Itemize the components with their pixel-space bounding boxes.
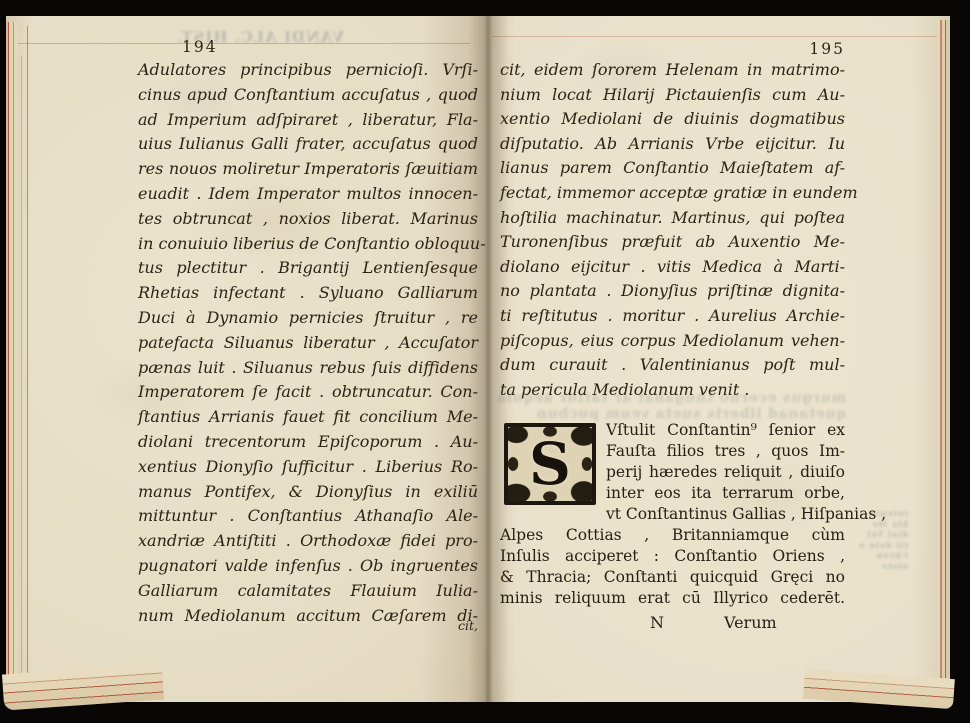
text-line: Duci à Dynamio pernicies ſtruitur , re bbox=[138, 306, 478, 331]
text-line: diolano eijcitur . vitis Medica à Marti- bbox=[500, 255, 845, 280]
text-line: ad Imperium adſpiraret , liberatur, Fla- bbox=[138, 108, 478, 133]
fore-edge-stack-right bbox=[937, 20, 950, 678]
text-line: diolani trecentorum Epiſcoporum . Au- bbox=[138, 430, 478, 455]
text-line: pænas luit . Siluanus rebus ſuis diffide… bbox=[138, 356, 478, 381]
red-ruling-line bbox=[27, 26, 28, 696]
red-ruling-line bbox=[492, 36, 942, 37]
text-line: cinus apud Conſtantium accuſatus , quod bbox=[138, 83, 478, 108]
signature-mark: N bbox=[650, 613, 664, 632]
text-line: Galliarum calamitates Flauium Iulia- bbox=[138, 579, 478, 604]
text-line: nium locat Hilarij Pictauienſis cum Au- bbox=[500, 83, 845, 108]
text-line: dum curauit . Valentinianus poſt mul- bbox=[500, 353, 845, 378]
text-line: xentio Mediolani de diuinis dogmatibus bbox=[500, 107, 845, 132]
text-line: & Thracia; Conſtanti quicquid Gręci no bbox=[500, 567, 845, 588]
page-edge-stack-left bbox=[6, 22, 18, 694]
right-page-footer: N Verum bbox=[500, 613, 845, 632]
text-line: diſputatio. Ab Arrianis Vrbe eijcitur. I… bbox=[500, 132, 845, 157]
red-ruling-line bbox=[18, 43, 470, 44]
text-line: Imperatorem ſe facit . obtruncatur. Con- bbox=[138, 380, 478, 405]
catchword-left: cit, bbox=[138, 618, 478, 633]
text-line: ta pericula Mediolanum venit . bbox=[500, 378, 845, 403]
right-page-paragraph-2: S Vſtulit Conſtantin⁹ ſenior exFauſta fi… bbox=[500, 420, 845, 609]
book-spread: VANDI ALC. HIST. VANDI ALC. HIST. 194 Ad… bbox=[6, 16, 950, 702]
text-line: xandriæ Antiſtiti . Orthodoxæ fidei pro- bbox=[138, 529, 478, 554]
text-line: vt Conſtantinus Gallias , Hiſpanias , bbox=[500, 504, 845, 525]
text-line: piſcopus, eius corpus Mediolanum vehen- bbox=[500, 329, 845, 354]
text-line: Inſulis acciperet : Conſtantio Oriens , bbox=[500, 546, 845, 567]
page-number-right: 195 bbox=[500, 40, 845, 58]
initial-letter: S bbox=[508, 427, 592, 501]
text-line: Adulatores principibus pernicioſi. Vrſi- bbox=[138, 58, 478, 83]
text-line: tes obtruncat , noxios liberat. Marinus bbox=[138, 207, 478, 232]
text-line: res nouos moliretur Imperatoris ſæuitiam bbox=[138, 157, 478, 182]
text-line: xentius Dionyſio ſufficitur . Liberius R… bbox=[138, 455, 478, 480]
woodcut-initial-S: S bbox=[504, 423, 596, 505]
text-line: ti reſtitutus . moritur . Aurelius Archi… bbox=[500, 304, 845, 329]
text-line: cit, eidem ſororem Helenam in matrimo- bbox=[500, 58, 845, 83]
right-page-text: cit, eidem ſororem Helenam in matrimo-ni… bbox=[500, 58, 845, 402]
text-line: tus plectitur . Brigantij Lentienſesque bbox=[138, 256, 478, 281]
text-line: Turonenſibus præfuit ab Auxentio Me- bbox=[500, 230, 845, 255]
text-line: ſtantius Arrianis fauet fit concilium Me… bbox=[138, 405, 478, 430]
text-line: Alpes Cottias , Britanniamque cùm bbox=[500, 525, 845, 546]
text-line: manus Pontifex, & Dionyſius in exiliū bbox=[138, 480, 478, 505]
text-line: fectat, immemor acceptæ gratiæ in eundem bbox=[500, 181, 845, 206]
text-line: uius Iulianus Galli frater, accuſatus qu… bbox=[138, 132, 478, 157]
text-line: Rhetias infectant . Syluano Galliarum bbox=[138, 281, 478, 306]
text-line: patefacta Siluanus liberatur , Accuſator bbox=[138, 331, 478, 356]
catchword-right: Verum bbox=[724, 613, 777, 632]
text-line: mittuntur . Conſtantius Athanaſio Ale- bbox=[138, 504, 478, 529]
page-number-left: 194 bbox=[182, 38, 218, 56]
text-line: hoſtilia machinatur. Martinus, qui poſte… bbox=[500, 206, 845, 231]
text-line: minis reliquum erat cū Illyrico cederēt. bbox=[500, 588, 845, 609]
text-line: pugnatori valde infenſus . Ob ingruentes bbox=[138, 554, 478, 579]
text-line: in conuiuio liberius de Conſtantio obloq… bbox=[138, 232, 478, 257]
left-page-text: Adulatores principibus pernicioſi. Vrſi-… bbox=[138, 58, 478, 628]
text-line: euadit . Idem Imperator multos innocen- bbox=[138, 182, 478, 207]
text-line: no plantata . Dionyſius priſtinæ dignita… bbox=[500, 279, 845, 304]
red-ruling-line bbox=[21, 56, 22, 702]
text-line: lianus parem Conſtantio Maieſtatem af- bbox=[500, 156, 845, 181]
